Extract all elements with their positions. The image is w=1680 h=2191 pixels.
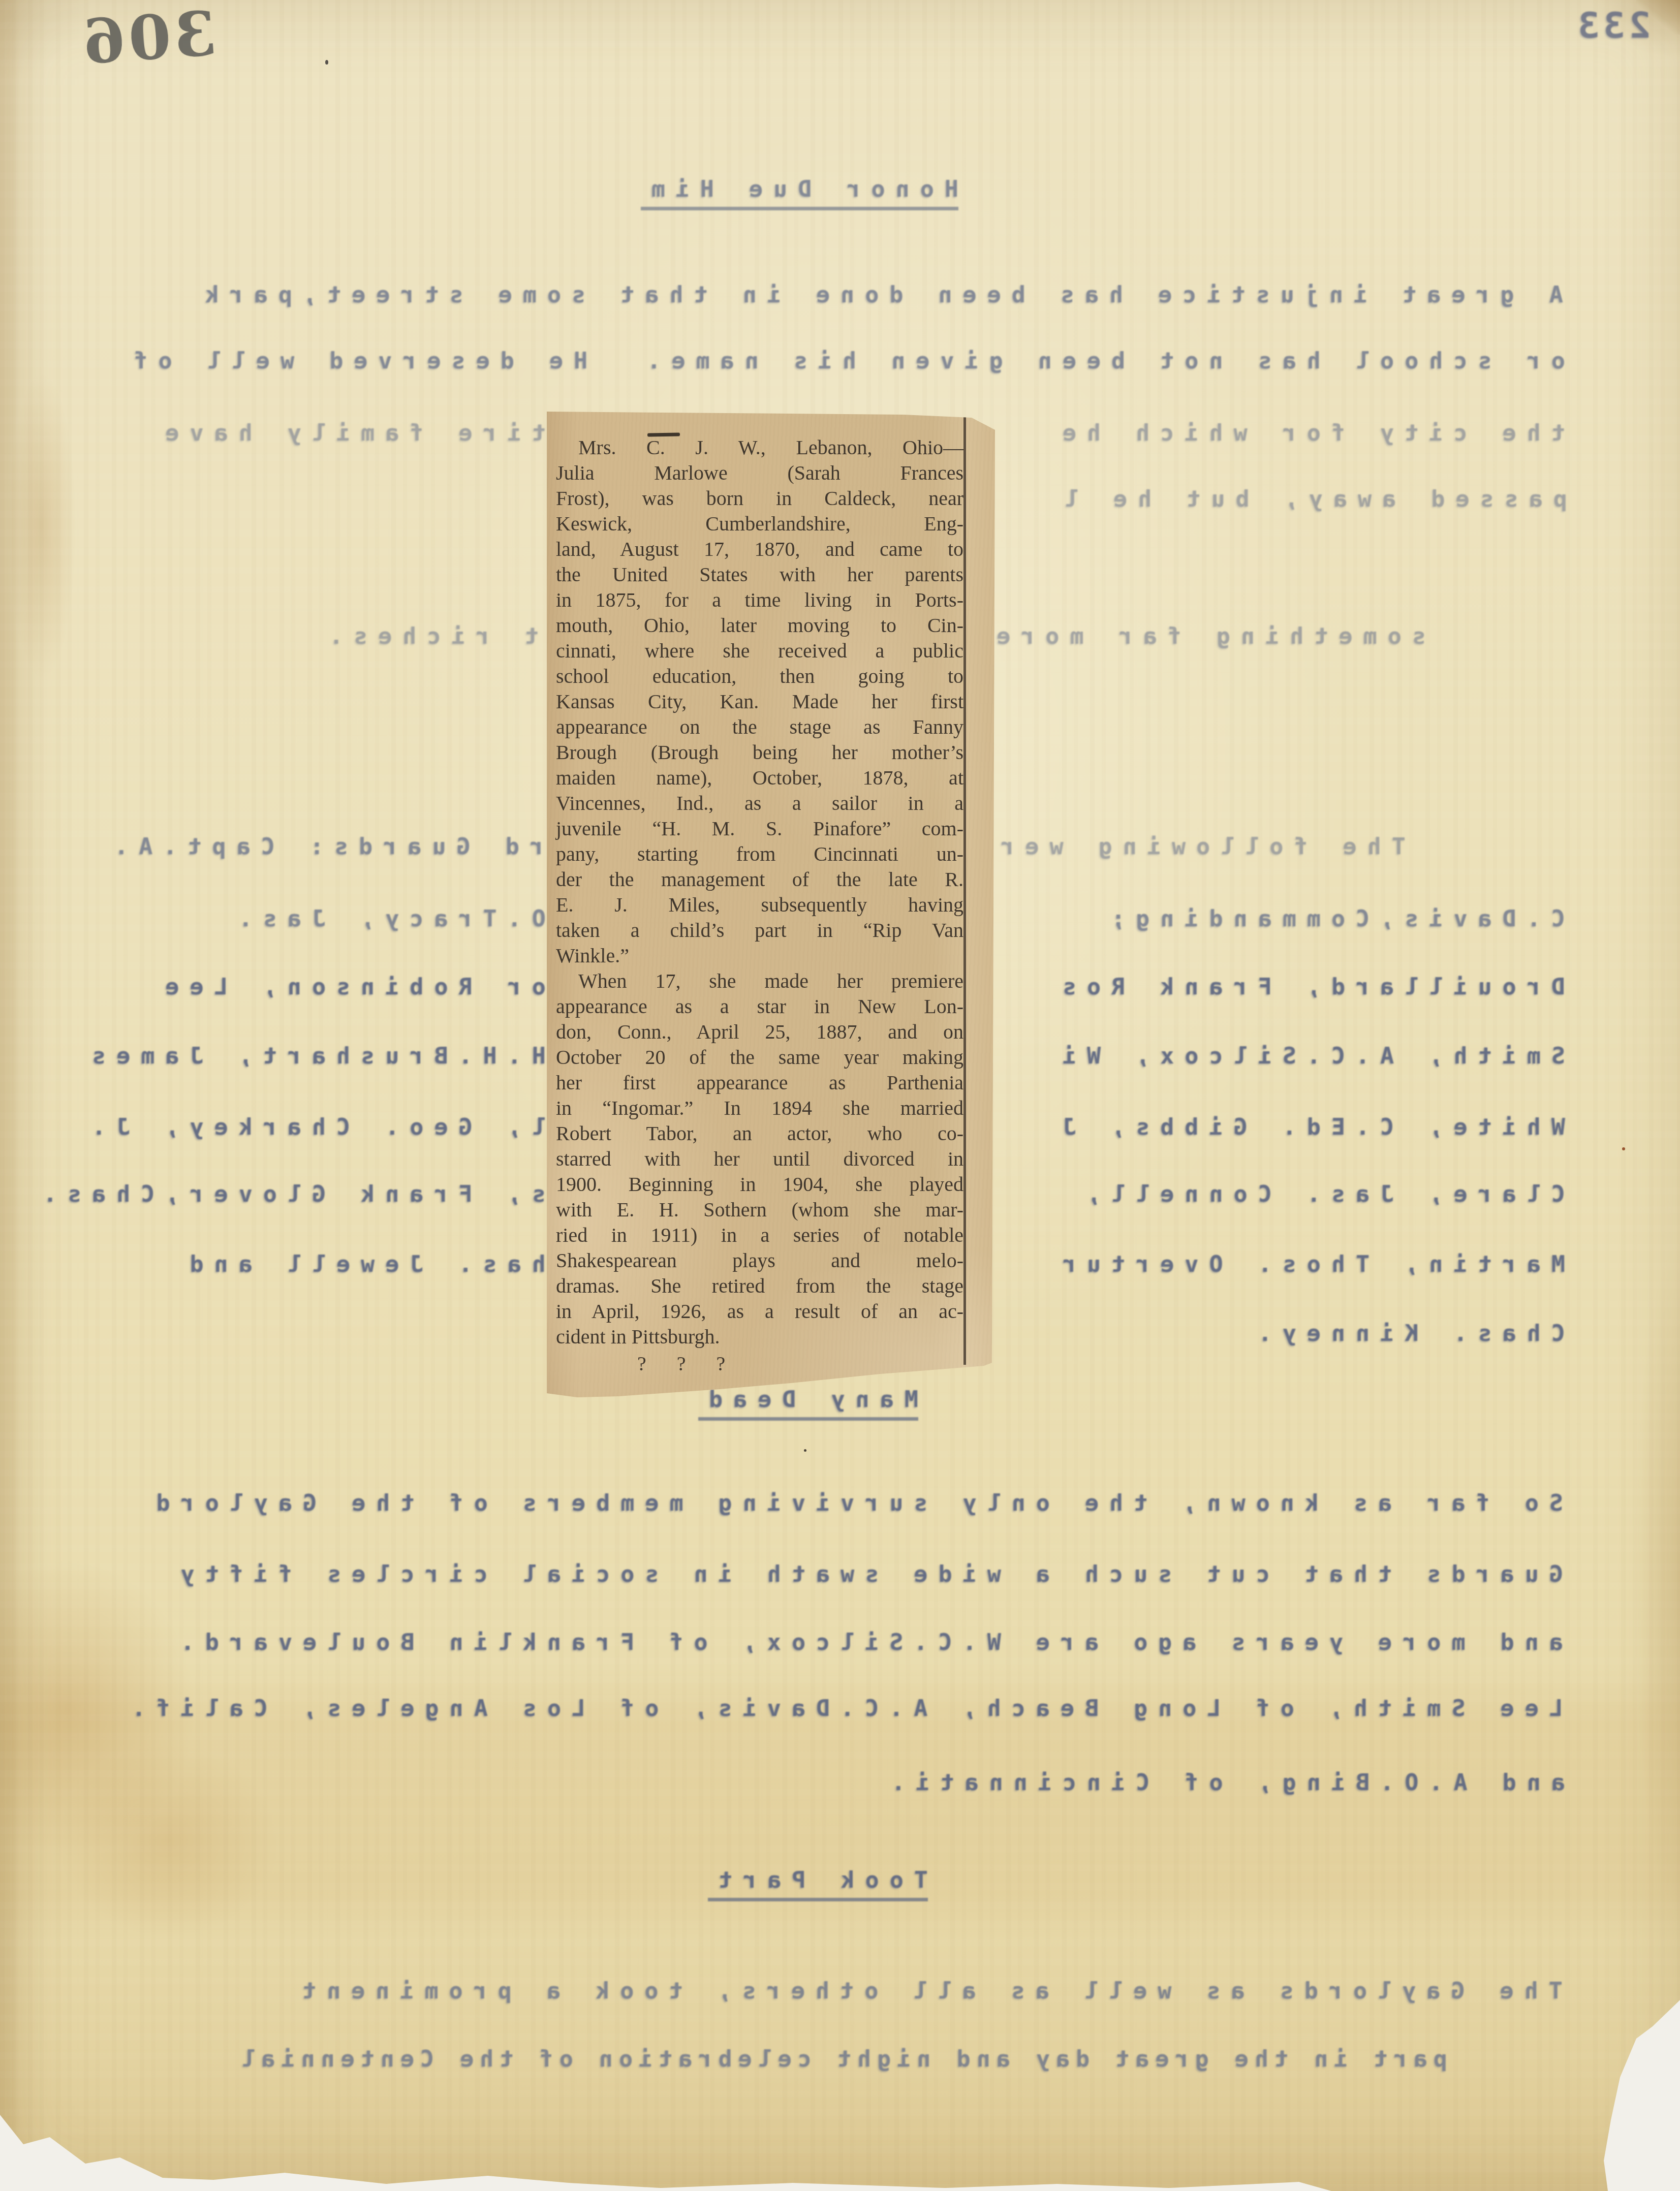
clipping-text-line: 1900. Beginning in 1904, she played: [556, 1172, 963, 1197]
typed-line-bleedthrough: has. Jewell and: [179, 1251, 546, 1277]
typed-line-bleedthrough: or school has not been given his name. H…: [123, 348, 1565, 374]
clipping-text-line: When 17, she made her premiere: [556, 968, 963, 994]
typed-line-bleedthrough: O.Tracy, Jas.: [228, 905, 546, 932]
clipping-text-line: pany, starting from Cincinnati un-: [556, 841, 963, 867]
typed-line-bleedthrough: H.H.Brushart, James: [81, 1043, 546, 1069]
clipping-text-line: don, Conn., April 25, 1887, and on: [556, 1019, 963, 1045]
typed-line-bleedthrough: tire family have: [155, 420, 546, 446]
typed-line-bleedthrough: Clare, Jas. Connell,: [1076, 1181, 1565, 1207]
clipping-text-line: the United States with her parents: [556, 562, 963, 587]
typed-line-bleedthrough: Smith, A.C.Silcox, Wi: [1052, 1043, 1565, 1069]
newspaper-clipping: Mrs. C. J. W., Lebanon, Ohio—Julia Marlo…: [547, 405, 995, 1398]
typed-heading-honor-due-him: Honor Due Him: [641, 176, 958, 210]
typed-heading-took-part: Took Part: [708, 1867, 928, 1901]
typed-line-bleedthrough: Lee Smith, of Long Beach, A.C.Davis, of …: [121, 1695, 1563, 1721]
handwritten-page-number: 306: [78, 0, 219, 78]
clipping-text-line: October 20 of the same year making: [556, 1045, 963, 1070]
typed-page-number: 233: [1574, 5, 1651, 46]
clipping-text-line: in 1875, for a time living in Ports-: [556, 587, 963, 613]
typed-line-bleedthrough: l, Geo. Charkey, J.: [81, 1114, 546, 1140]
clipping-text-line: Winkle.”: [556, 943, 963, 968]
clipping-text-line: Julia Marlowe (Sarah Frances: [556, 460, 963, 486]
typed-line-bleedthrough: or Robinson, Lee: [155, 974, 546, 1000]
typed-line-bleedthrough: and more years ago are W.C.Silcox, of Fr…: [170, 1629, 1563, 1655]
clipping-text-column: Mrs. C. J. W., Lebanon, Ohio—Julia Marlo…: [556, 435, 963, 1350]
typed-line-bleedthrough: Drouillard, Frank Ros: [1052, 974, 1565, 1000]
clipping-text-line: dramas. She retired from the stage: [556, 1273, 963, 1299]
typed-line-bleedthrough: Martin, Thos. Overtur: [1052, 1251, 1565, 1277]
typed-line-bleedthrough: Chas. Kinney.: [1248, 1320, 1565, 1347]
clipping-text-line: Mrs. C. J. W., Lebanon, Ohio—: [556, 435, 963, 460]
clipping-text-line: in “Ingomar.” In 1894 she married: [556, 1095, 963, 1121]
typed-line-bleedthrough: the city for which he: [1052, 420, 1565, 446]
clipping-text-line: der the management of the late R.: [556, 867, 963, 892]
clipping-text-line: starred with her until divorced in: [556, 1146, 963, 1172]
clipping-text-line: appearance on the stage as Fanny: [556, 714, 963, 740]
clipping-text-line: cinnati, where she received a public: [556, 638, 963, 664]
scanned-scrapbook-page: 306 233 Honor Due Him A great injustice …: [0, 0, 1680, 2191]
clipping-text-line: in April, 1926, as a result of an ac-: [556, 1299, 963, 1324]
clipping-column-rule: [963, 414, 966, 1365]
typed-line-bleedthrough: and A.O.Bing, of Cincinnati.: [881, 1769, 1565, 1796]
typed-line-bleedthrough: So far as known, the only surviving memb…: [146, 1490, 1563, 1516]
aged-paper-sheet: 306 233 Honor Due Him A great injustice …: [0, 0, 1680, 2191]
clipping-text-line: Vincennes, Ind., as a sailor in a: [556, 791, 963, 816]
typed-line-bleedthrough: C.Davis,Commanding;: [1101, 905, 1565, 932]
typed-line-bleedthrough: White, C.Ed. Gibbs, J: [1052, 1114, 1565, 1140]
clipping-text-line: Robert Tabor, an actor, who co-: [556, 1121, 963, 1146]
clipping-text-line: Brough (Brough being her mother’s: [556, 740, 963, 765]
clipping-text-line: appearance as a star in New Lon-: [556, 994, 963, 1019]
typed-heading-many-dead: Many Dead: [698, 1386, 918, 1421]
clipping-text-line: mouth, Ohio, later moving to Cin-: [556, 613, 963, 638]
clipping-text-line: land, August 17, 1870, and came to: [556, 537, 963, 562]
clipping-text-line: with E. H. Sothern (whom she mar-: [556, 1197, 963, 1223]
typed-line-bleedthrough: s, Frank Glover,Chas.: [33, 1181, 546, 1207]
clipping-text-line: Shakespearean plays and melo-: [556, 1248, 963, 1273]
clipping-question-marks: ? ? ?: [637, 1352, 725, 1375]
clipping-text-line: juvenile “H. M. S. Pinafore” com-: [556, 816, 963, 841]
clipping-text-line: E. J. Miles, subsequently having: [556, 892, 963, 918]
typed-line-bleedthrough: Guards that cut such a wide swath in soc…: [170, 1561, 1563, 1587]
typed-line-bleedthrough: The following were: [966, 833, 1406, 860]
typed-line-bleedthrough: t riches.: [319, 623, 539, 649]
clipping-text-line: Keswick, Cumberlandshire, Eng-: [556, 511, 963, 537]
typed-line-bleedthrough: The Gaylords as well as all others, took…: [292, 1978, 1563, 2004]
typed-line-bleedthrough: passed away, but he l: [1054, 486, 1567, 512]
typed-line-bleedthrough: rd Guards: Capt.A.: [104, 833, 544, 860]
clipping-text-line: cident in Pittsburgh.: [556, 1324, 963, 1350]
clipping-text-line: taken a child’s part in “Rip Van: [556, 918, 963, 943]
clipping-text-line: ried in 1911) in a series of notable: [556, 1223, 963, 1248]
clipping-text-line: Kansas City, Kan. Made her first: [556, 689, 963, 714]
typed-line-bleedthrough: part in the great day and night celebrat…: [235, 2046, 1447, 2072]
clipping-text-line: school education, then going to: [556, 664, 963, 689]
clipping-text-line: Frost), was born in Caldeck, near: [556, 486, 963, 511]
clipping-text-line: her first appearance as Parthenia: [556, 1070, 963, 1095]
typed-line-bleedthrough: A great injustice has been done in that …: [195, 281, 1563, 308]
clipping-text-line: maiden name), October, 1878, at: [556, 765, 963, 791]
